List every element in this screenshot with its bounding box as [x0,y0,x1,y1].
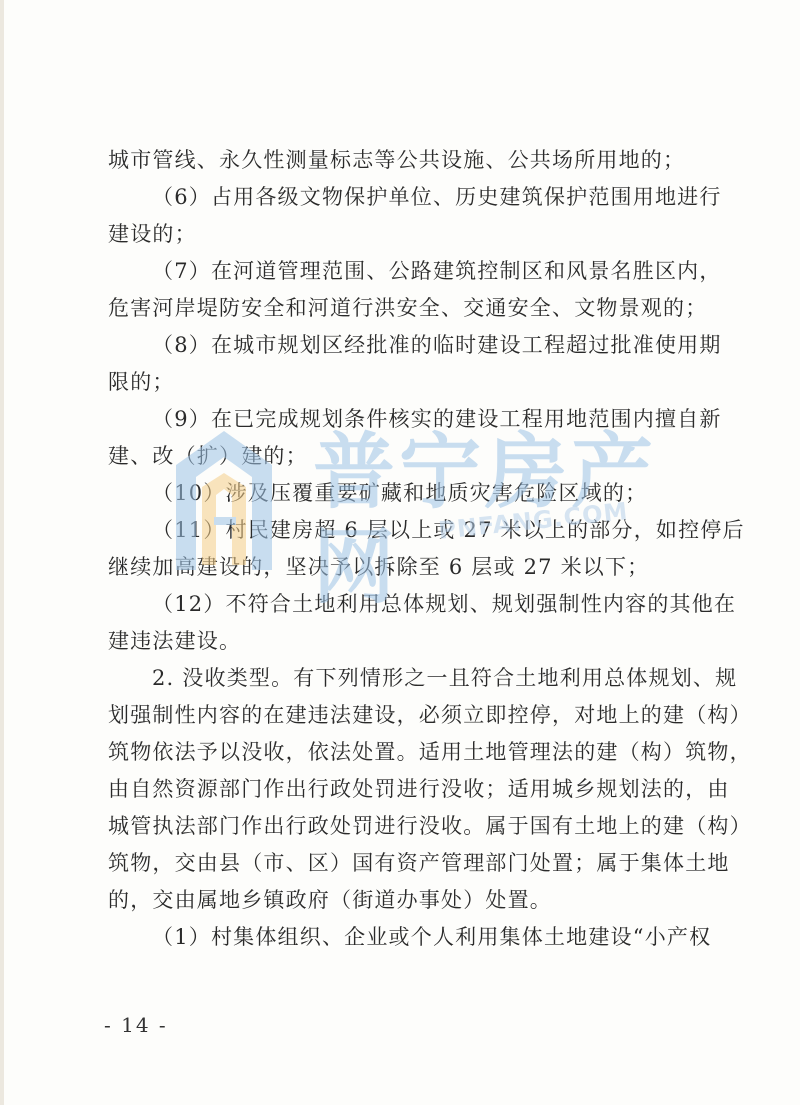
section-heading-line: 2. 没收类型。有下列情形之一且符合土地利用总体规划、规 [108,660,708,697]
text-line: 由自然资源部门作出行政处罚进行没收；适用城乡规划法的，由 [108,771,708,808]
page-number: - 14 - [104,1013,168,1037]
text-line: （6）占用各级文物保护单位、历史建筑保护范围用地进行 [108,179,708,216]
text-line: 限的； [108,364,708,401]
text-line: 建违法建设。 [108,623,708,660]
text-line: 城管执法部门作出行政处罚进行没收。属于国有土地上的建（构） [108,808,708,845]
text-line: （10）涉及压覆重要矿藏和地质灾害危险区域的； [108,475,708,512]
text-line: 建、改（扩）建的； [108,438,708,475]
text-line: 危害河岸堤防安全和河道行洪安全、交通安全、文物景观的； [108,290,708,327]
text-line: 建设的； [108,216,708,253]
text-line: 筑物依法予以没收，依法处置。适用土地管理法的建（构）筑物， [108,734,708,771]
text-line: （9）在已完成规划条件核实的建设工程用地范围内擅自新 [108,401,708,438]
text-line: 筑物，交由县（市、区）国有资产管理部门处置；属于集体土地 [108,845,708,882]
text-line: （8）在城市规划区经批准的临时建设工程超过批准使用期 [108,327,708,364]
text-line: 继续加高建设的，坚决予以拆除至 6 层或 27 米以下； [108,549,708,586]
text-line: （7）在河道管理范围、公路建筑控制区和风景名胜区内， [108,253,708,290]
document-body: 城市管线、永久性测量标志等公共设施、公共场所用地的； （6）占用各级文物保护单位… [108,142,708,956]
text-line: （12）不符合土地利用总体规划、规划强制性内容的其他在 [108,586,708,623]
text-line: （1）村集体组织、企业或个人利用集体土地建设“小产权 [108,919,708,956]
text-line: 划强制性内容的在建违法建设，必须立即控停，对地上的建（构） [108,697,708,734]
page-edge [0,0,4,1105]
text-line: 城市管线、永久性测量标志等公共设施、公共场所用地的； [108,142,708,179]
text-line: （11）村民建房超 6 层以上或 27 米以上的部分，如控停后 [108,512,708,549]
text-line: 的，交由属地乡镇政府（街道办事处）处置。 [108,882,708,919]
